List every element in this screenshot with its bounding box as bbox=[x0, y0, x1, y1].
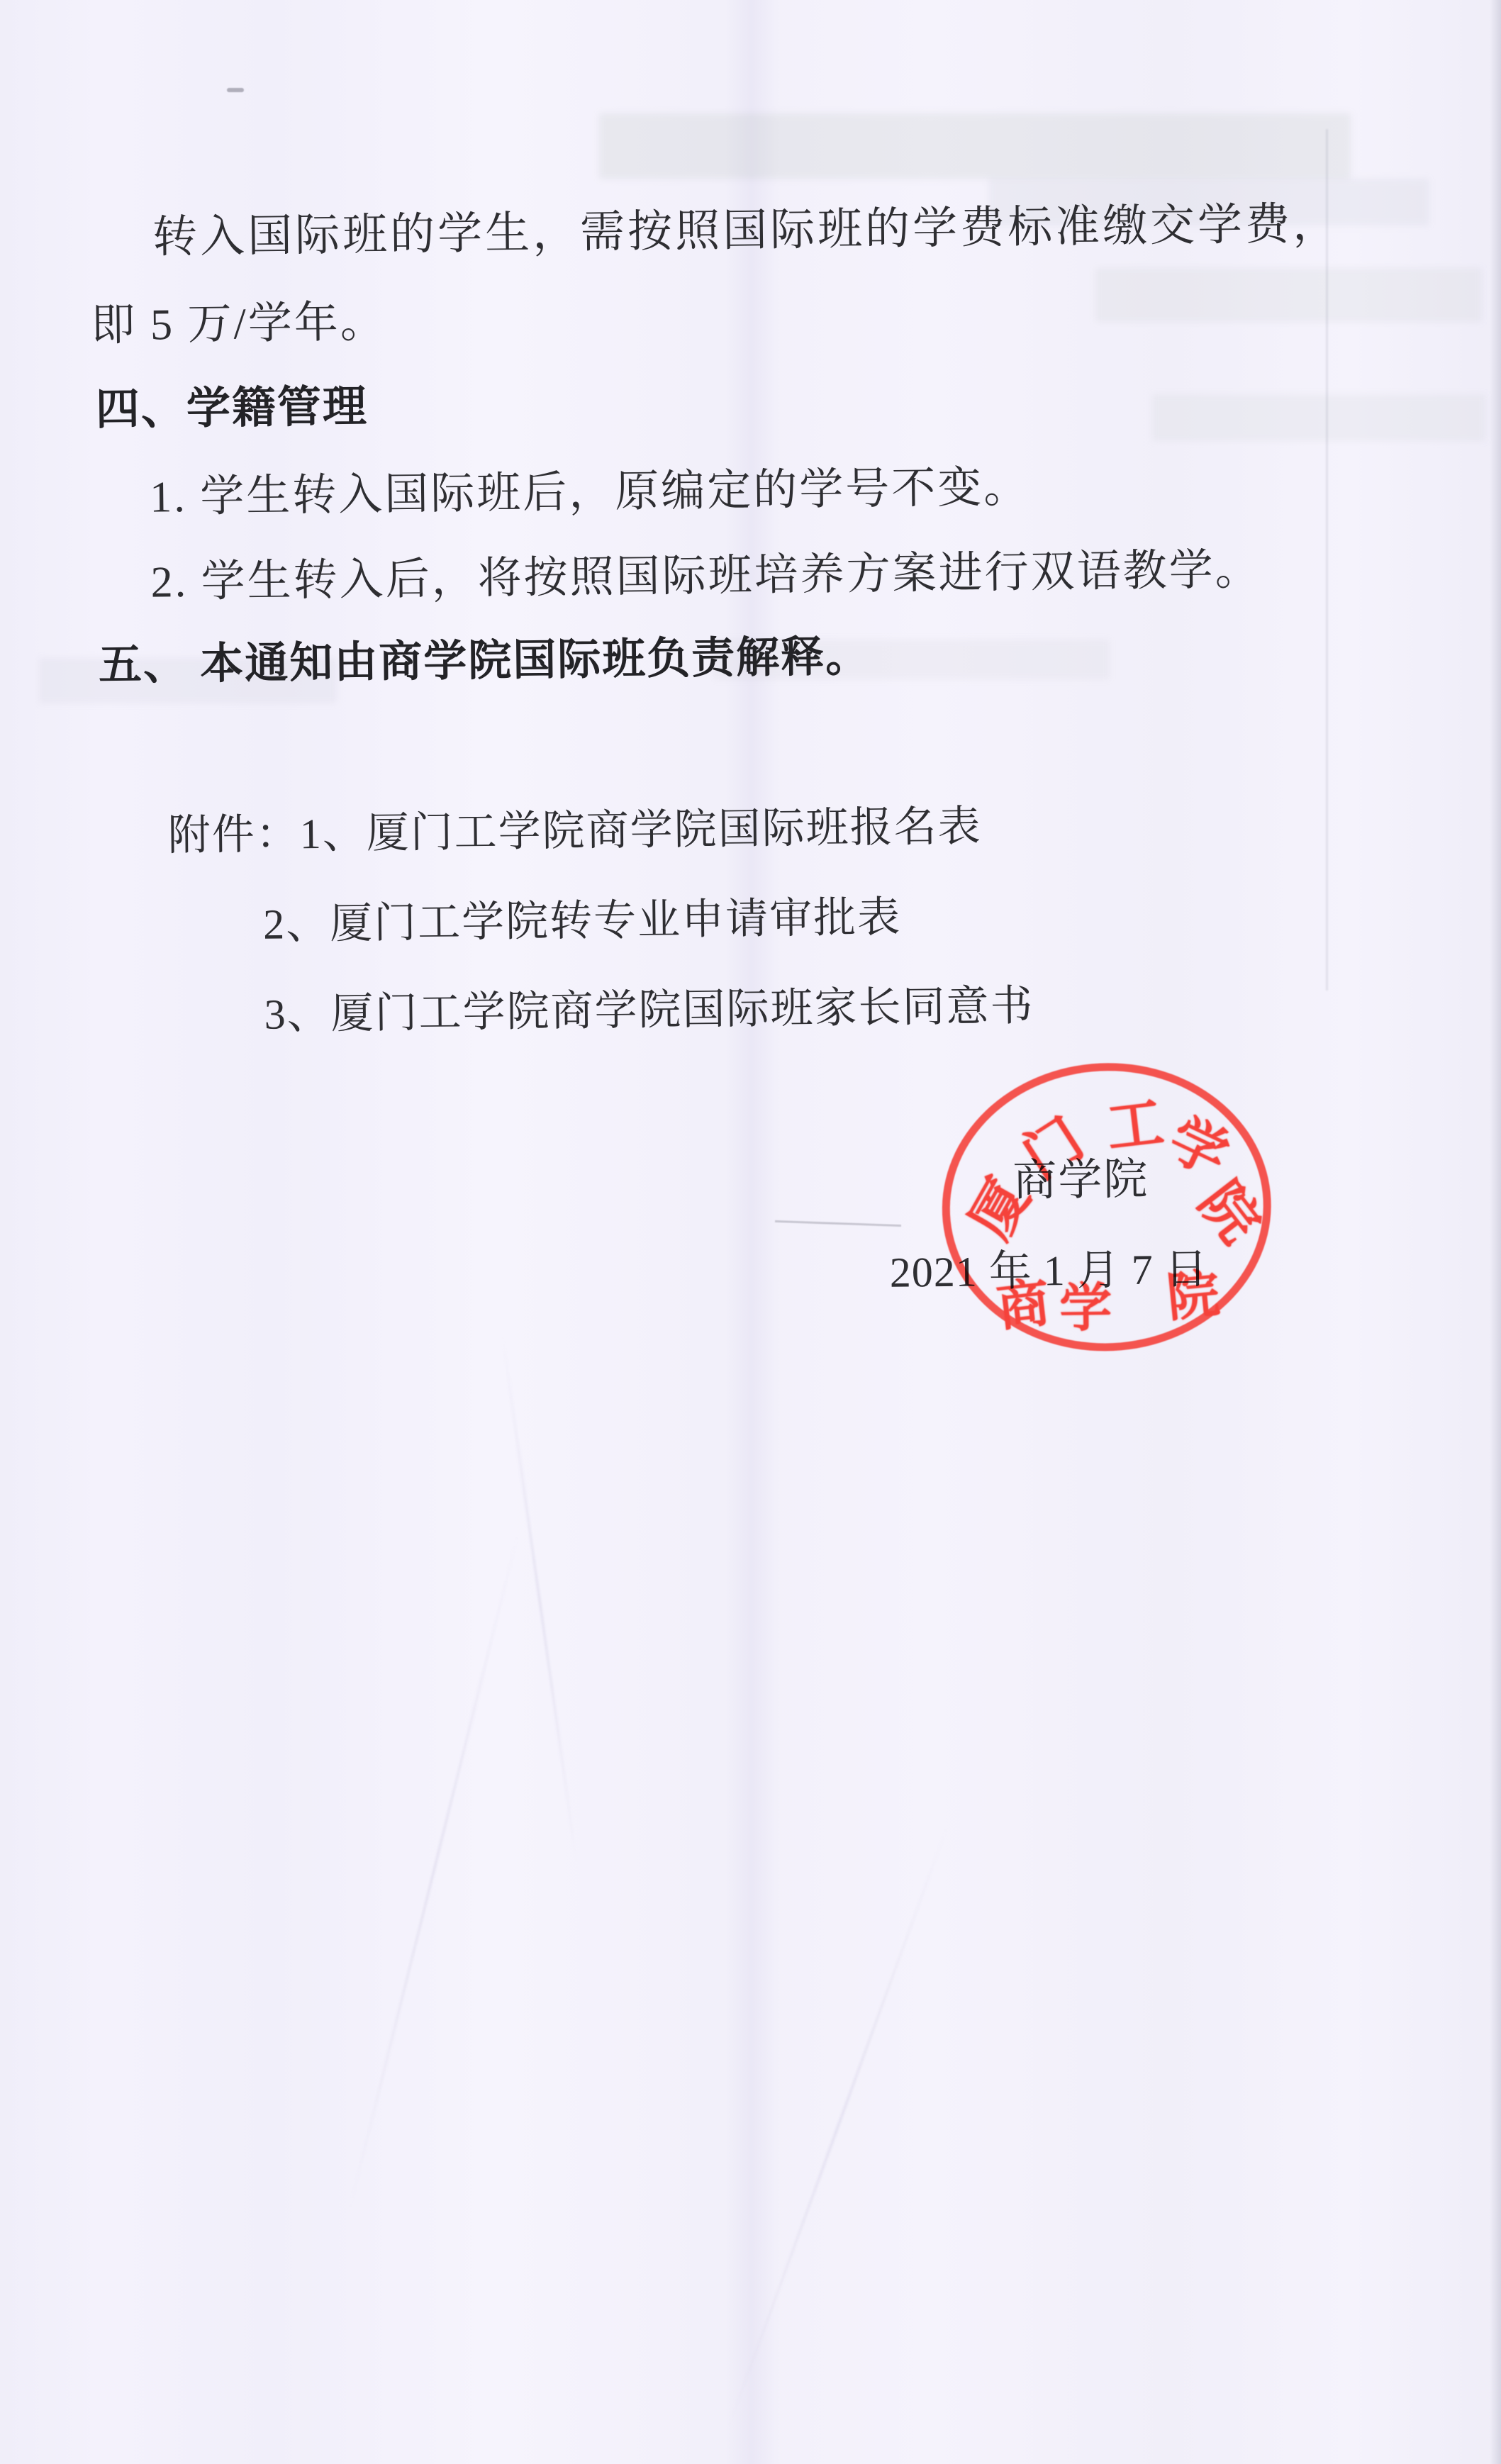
seal-arc-char: 门 bbox=[1005, 1094, 1096, 1193]
document-content: 转入国际班的学生，需按照国际班的学费标准缴交学费， 即 5 万/学年。 四、学籍… bbox=[0, 0, 1501, 2464]
attachment-item-3: 3、厦门工学院商学院国际班家长同意书 bbox=[264, 971, 1034, 1041]
seal-bottom-char: 学 bbox=[1059, 1266, 1112, 1342]
attachment-item-2: 2、厦门工学院转专业申请审批表 bbox=[263, 883, 902, 952]
paragraph-tuition-line1: 转入国际班的学生，需按照国际班的学费标准缴交学费， bbox=[152, 188, 1341, 266]
scanned-notice-page: 转入国际班的学生，需按照国际班的学费标准缴交学费， 即 5 万/学年。 四、学籍… bbox=[0, 0, 1501, 2464]
seal-arc-char: 工 bbox=[1102, 1076, 1168, 1164]
attachments-label: 附件： bbox=[167, 810, 300, 859]
seal-bottom-char: 院 bbox=[1163, 1251, 1222, 1332]
attachments-line-1: 附件：1、厦门工学院商学院国际班报名表 bbox=[167, 792, 982, 862]
seal-arc-char: 厦 bbox=[946, 1161, 1044, 1251]
seal-bottom-char: 商 bbox=[993, 1261, 1054, 1342]
section-heading-5: 五、 本通知由商学院国际班负责解释。 bbox=[98, 622, 870, 692]
section4-item-2: 2. 学生转入后，将按照国际班培养方案进行双语教学。 bbox=[150, 534, 1261, 610]
section-heading-4: 四、学籍管理 bbox=[95, 371, 368, 437]
paragraph-tuition-line2: 即 5 万/学年。 bbox=[91, 286, 386, 353]
official-seal-stamp: 厦 门 工 学 院 商 学 院 bbox=[936, 1056, 1278, 1359]
section4-item-1: 1. 学生转入国际班后，原编定的学号不变。 bbox=[150, 452, 1030, 525]
attachment-item-1: 1、厦门工学院商学院国际班报名表 bbox=[299, 803, 982, 857]
